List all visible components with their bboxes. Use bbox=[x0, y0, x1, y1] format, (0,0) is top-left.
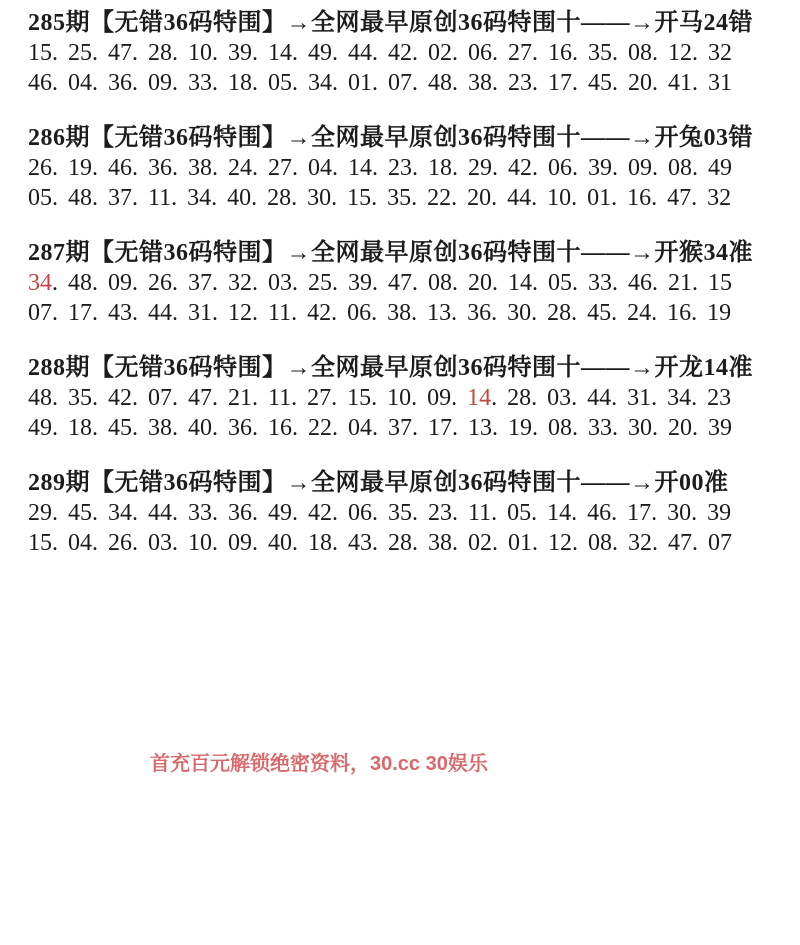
number: 36. bbox=[228, 500, 258, 526]
number: 44. bbox=[148, 500, 178, 526]
number: 47. bbox=[188, 385, 218, 411]
number: 15 bbox=[708, 270, 732, 296]
number: 03. bbox=[268, 270, 298, 296]
number: 24. bbox=[627, 300, 657, 326]
number: 18. bbox=[228, 70, 258, 96]
number: 49. bbox=[28, 415, 58, 441]
number: 44. bbox=[587, 385, 617, 411]
number: 17. bbox=[428, 415, 458, 441]
number: 09. bbox=[427, 385, 457, 411]
number: 13. bbox=[427, 300, 457, 326]
number: 26. bbox=[28, 155, 58, 181]
number: 20. bbox=[467, 185, 497, 211]
number: 02. bbox=[428, 40, 458, 66]
hit-number: 14 bbox=[467, 385, 491, 411]
number: 30. bbox=[307, 185, 337, 211]
number: 34. bbox=[187, 185, 217, 211]
prediction-block: 288期【无错36码特围】→全网最早原创36码特围十——→开龙14准48.35.… bbox=[28, 353, 800, 443]
number: 07. bbox=[388, 70, 418, 96]
number: 10. bbox=[188, 530, 218, 556]
number: 30. bbox=[628, 415, 658, 441]
number-line-1: 34.48.09.26.37.32.03.25.39.47.08.20.14.0… bbox=[28, 268, 800, 298]
number-line-1: 15.25.47.28.10.39.14.49.44.42.02.06.27.1… bbox=[28, 38, 800, 68]
number: 35. bbox=[68, 385, 98, 411]
number: 16. bbox=[667, 300, 697, 326]
number: 11. bbox=[268, 300, 297, 326]
number: 20. bbox=[668, 415, 698, 441]
number: 35. bbox=[388, 500, 418, 526]
number: 08. bbox=[668, 155, 698, 181]
number: 09. bbox=[148, 70, 178, 96]
number: 04. bbox=[68, 530, 98, 556]
number: 38. bbox=[148, 415, 178, 441]
prediction-list: 285期【无错36码特围】→全网最早原创36码特围十——→开马24错15.25.… bbox=[28, 8, 800, 583]
number: 14. bbox=[348, 155, 378, 181]
number-line-2: 46.04.36.09.33.18.05.34.01.07.48.38.23.1… bbox=[28, 68, 800, 98]
block-header: 288期【无错36码特围】→全网最早原创36码特围十——→开龙14准 bbox=[28, 353, 800, 383]
number: 37. bbox=[188, 270, 218, 296]
number: 05. bbox=[548, 270, 578, 296]
number: 07 bbox=[708, 530, 732, 556]
number: 38. bbox=[468, 70, 498, 96]
number: 44. bbox=[507, 185, 537, 211]
prediction-block: 289期【无错36码特围】→全网最早原创36码特围十——→开00准29.45.3… bbox=[28, 468, 800, 558]
number: 18. bbox=[68, 415, 98, 441]
number: 17. bbox=[68, 300, 98, 326]
number: 39 bbox=[708, 415, 732, 441]
number: 08. bbox=[628, 40, 658, 66]
number: 04. bbox=[348, 415, 378, 441]
number-line-1: 48.35.42.07.47.21.11.27.15.10.09.14.28.0… bbox=[28, 383, 800, 413]
number: 10. bbox=[387, 385, 417, 411]
number: 39. bbox=[588, 155, 618, 181]
number: 06. bbox=[347, 300, 377, 326]
number: 15. bbox=[28, 40, 58, 66]
number: 44. bbox=[148, 300, 178, 326]
block-header: 289期【无错36码特围】→全网最早原创36码特围十——→开00准 bbox=[28, 468, 800, 498]
number: 23 bbox=[707, 385, 731, 411]
number: 39. bbox=[228, 40, 258, 66]
number: 49. bbox=[268, 500, 298, 526]
number: 04. bbox=[68, 70, 98, 96]
number: 39 bbox=[707, 500, 731, 526]
number: 28. bbox=[267, 185, 297, 211]
number: 34. bbox=[667, 385, 697, 411]
number: 14. bbox=[268, 40, 298, 66]
number: 03. bbox=[547, 385, 577, 411]
number: 47. bbox=[667, 185, 697, 211]
block-header: 287期【无错36码特围】→全网最早原创36码特围十——→开猴34准 bbox=[28, 238, 800, 268]
number: 05. bbox=[268, 70, 298, 96]
number: 28. bbox=[388, 530, 418, 556]
number: 37. bbox=[108, 185, 138, 211]
number: 27. bbox=[508, 40, 538, 66]
number: 28. bbox=[507, 385, 537, 411]
number: 35. bbox=[588, 40, 618, 66]
hit-number: 34 bbox=[28, 270, 52, 296]
number: 01. bbox=[587, 185, 617, 211]
number: 39. bbox=[348, 270, 378, 296]
number: 45. bbox=[588, 70, 618, 96]
number: 15. bbox=[28, 530, 58, 556]
number: 30. bbox=[507, 300, 537, 326]
number: 43. bbox=[108, 300, 138, 326]
number: 24. bbox=[228, 155, 258, 181]
number: 40. bbox=[188, 415, 218, 441]
number: 32. bbox=[628, 530, 658, 556]
number: 26. bbox=[148, 270, 178, 296]
number: 17. bbox=[548, 70, 578, 96]
number: 33. bbox=[588, 415, 618, 441]
prediction-block: 286期【无错36码特围】→全网最早原创36码特围十——→开兔03错26.19.… bbox=[28, 123, 800, 213]
number: 20. bbox=[628, 70, 658, 96]
number: 21. bbox=[228, 385, 258, 411]
number: 47. bbox=[108, 40, 138, 66]
number: 48. bbox=[428, 70, 458, 96]
number: 45. bbox=[587, 300, 617, 326]
number: 42. bbox=[308, 500, 338, 526]
number: 26. bbox=[108, 530, 138, 556]
number: 21. bbox=[668, 270, 698, 296]
number: 08. bbox=[588, 530, 618, 556]
number: 09. bbox=[108, 270, 138, 296]
number: 22. bbox=[308, 415, 338, 441]
number: 29. bbox=[468, 155, 498, 181]
number: 42. bbox=[388, 40, 418, 66]
number: 12. bbox=[668, 40, 698, 66]
number: 40. bbox=[268, 530, 298, 556]
number: 11. bbox=[148, 185, 177, 211]
number: 47. bbox=[388, 270, 418, 296]
number: 18. bbox=[308, 530, 338, 556]
number: 46. bbox=[628, 270, 658, 296]
number: 09. bbox=[628, 155, 658, 181]
number: 16. bbox=[548, 40, 578, 66]
number: 17. bbox=[627, 500, 657, 526]
number: 12. bbox=[548, 530, 578, 556]
number: 33. bbox=[188, 70, 218, 96]
number: 31. bbox=[188, 300, 218, 326]
number: 10. bbox=[547, 185, 577, 211]
number: 09. bbox=[228, 530, 258, 556]
number: 01. bbox=[508, 530, 538, 556]
number: 20. bbox=[468, 270, 498, 296]
number-line-1: 26.19.46.36.38.24.27.04.14.23.18.29.42.0… bbox=[28, 153, 800, 183]
number: 31. bbox=[627, 385, 657, 411]
number: 34. bbox=[108, 500, 138, 526]
number: 38. bbox=[387, 300, 417, 326]
number: 41. bbox=[668, 70, 698, 96]
number: 13. bbox=[468, 415, 498, 441]
number: 48. bbox=[68, 185, 98, 211]
number: 46. bbox=[28, 70, 58, 96]
number: 22. bbox=[427, 185, 457, 211]
number: 38. bbox=[428, 530, 458, 556]
prediction-block: 285期【无错36码特围】→全网最早原创36码特围十——→开马24错15.25.… bbox=[28, 8, 800, 98]
number: 43. bbox=[348, 530, 378, 556]
number: 23. bbox=[388, 155, 418, 181]
number: 15. bbox=[347, 185, 377, 211]
prediction-block: 287期【无错36码特围】→全网最早原创36码特围十——→开猴34准34.48.… bbox=[28, 238, 800, 328]
number: 03. bbox=[148, 530, 178, 556]
number: 16. bbox=[268, 415, 298, 441]
number: 15. bbox=[347, 385, 377, 411]
number: 11. bbox=[268, 385, 297, 411]
number: 37. bbox=[388, 415, 418, 441]
block-header: 286期【无错36码特围】→全网最早原创36码特围十——→开兔03错 bbox=[28, 123, 800, 153]
number: 40. bbox=[227, 185, 257, 211]
number: 36. bbox=[467, 300, 497, 326]
number: 48. bbox=[28, 385, 58, 411]
number: 16. bbox=[627, 185, 657, 211]
number: 31 bbox=[708, 70, 732, 96]
number: 04. bbox=[308, 155, 338, 181]
number: 36. bbox=[108, 70, 138, 96]
number: 25. bbox=[308, 270, 338, 296]
number: 33. bbox=[588, 270, 618, 296]
number: 36. bbox=[148, 155, 178, 181]
number: 47. bbox=[668, 530, 698, 556]
number: 46. bbox=[587, 500, 617, 526]
number: 14. bbox=[508, 270, 538, 296]
number: 06. bbox=[468, 40, 498, 66]
number-line-2: 15.04.26.03.10.09.40.18.43.28.38.02.01.1… bbox=[28, 528, 800, 558]
number: 42. bbox=[108, 385, 138, 411]
number: 38. bbox=[188, 155, 218, 181]
number: 06. bbox=[548, 155, 578, 181]
number: 19. bbox=[68, 155, 98, 181]
number: 12. bbox=[228, 300, 258, 326]
number: 07. bbox=[148, 385, 178, 411]
number: 08. bbox=[428, 270, 458, 296]
number: 14. bbox=[467, 385, 497, 411]
number: 35. bbox=[387, 185, 417, 211]
number: 06. bbox=[348, 500, 378, 526]
number: 19 bbox=[707, 300, 731, 326]
number: 49. bbox=[308, 40, 338, 66]
number: 32 bbox=[708, 40, 732, 66]
number: 19. bbox=[508, 415, 538, 441]
number: 18. bbox=[428, 155, 458, 181]
number: 28. bbox=[547, 300, 577, 326]
number: 29. bbox=[28, 500, 58, 526]
number-line-2: 05.48.37.11.34.40.28.30.15.35.22.20.44.1… bbox=[28, 183, 800, 213]
number: 11. bbox=[468, 500, 497, 526]
number: 23. bbox=[428, 500, 458, 526]
number: 05. bbox=[507, 500, 537, 526]
number: 02. bbox=[468, 530, 498, 556]
number: 34. bbox=[308, 70, 338, 96]
number: 49 bbox=[708, 155, 732, 181]
number: 48. bbox=[68, 270, 98, 296]
number: 46. bbox=[108, 155, 138, 181]
promo-text: 首充百元解锁绝密资料，30.cc 30娱乐 bbox=[150, 752, 488, 776]
number: 25. bbox=[68, 40, 98, 66]
number: 42. bbox=[508, 155, 538, 181]
number: 27. bbox=[268, 155, 298, 181]
number: 08. bbox=[548, 415, 578, 441]
number: 27. bbox=[307, 385, 337, 411]
number: 45. bbox=[68, 500, 98, 526]
number-line-1: 29.45.34.44.33.36.49.42.06.35.23.11.05.1… bbox=[28, 498, 800, 528]
number: 36. bbox=[228, 415, 258, 441]
number-line-2: 49.18.45.38.40.36.16.22.04.37.17.13.19.0… bbox=[28, 413, 800, 443]
number: 01. bbox=[348, 70, 378, 96]
number: 34. bbox=[28, 270, 58, 296]
number: 14. bbox=[547, 500, 577, 526]
number: 30. bbox=[667, 500, 697, 526]
number: 23. bbox=[508, 70, 538, 96]
number: 07. bbox=[28, 300, 58, 326]
number: 28. bbox=[148, 40, 178, 66]
number-line-2: 07.17.43.44.31.12.11.42.06.38.13.36.30.2… bbox=[28, 298, 800, 328]
number: 42. bbox=[307, 300, 337, 326]
number: 33. bbox=[188, 500, 218, 526]
number: 44. bbox=[348, 40, 378, 66]
block-header: 285期【无错36码特围】→全网最早原创36码特围十——→开马24错 bbox=[28, 8, 800, 38]
number: 10. bbox=[188, 40, 218, 66]
number: 32 bbox=[707, 185, 731, 211]
number: 45. bbox=[108, 415, 138, 441]
number: 32. bbox=[228, 270, 258, 296]
number: 05. bbox=[28, 185, 58, 211]
